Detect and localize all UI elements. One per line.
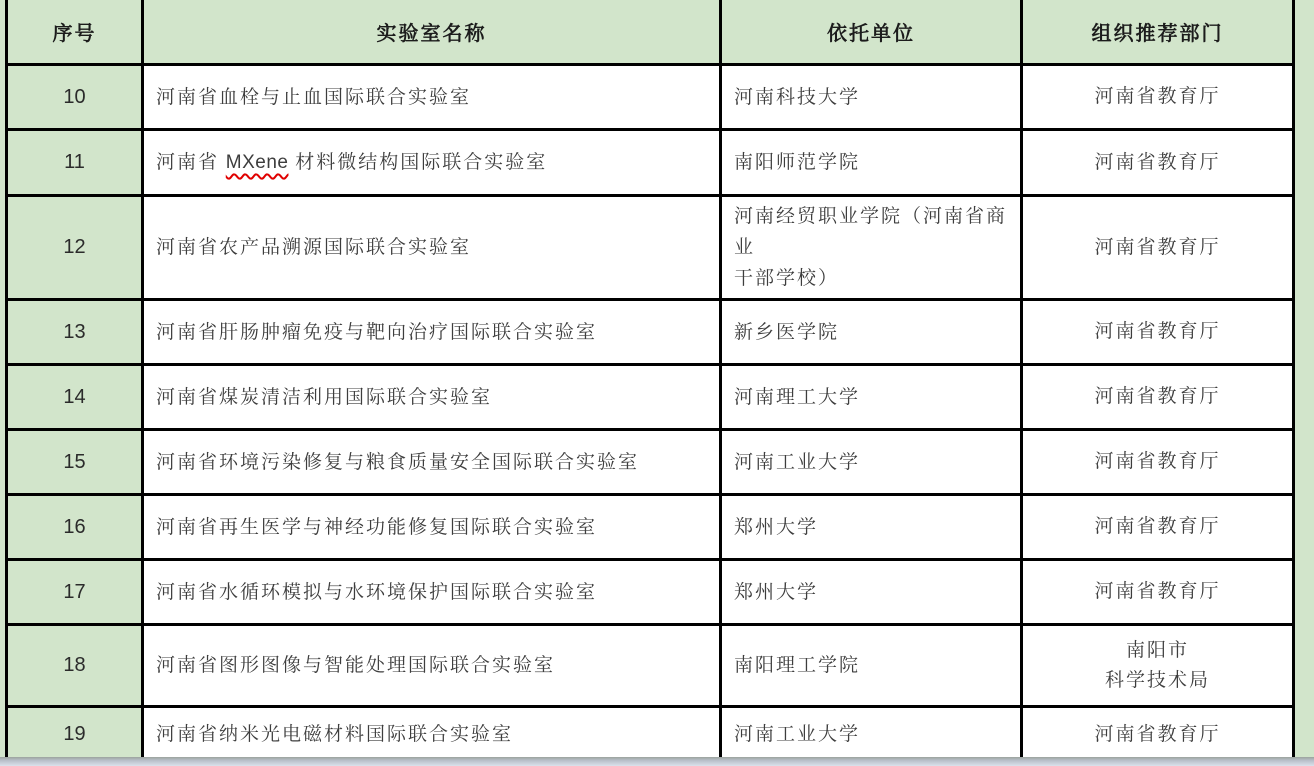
- lab-name-text: 河南省肝肠肿瘤免疫与靶向治疗国际联合实验室: [156, 322, 597, 343]
- org-cell: 河南省教育厅: [1022, 300, 1294, 365]
- misspelled-word: MXene: [226, 152, 289, 173]
- header-row: 序号 实验室名称 依托单位 组织推荐部门: [7, 0, 1294, 65]
- row-number-cell: 11: [7, 130, 143, 196]
- row-number-cell: 10: [7, 65, 143, 130]
- lab-name-text: 河南省图形图像与智能处理国际联合实验室: [156, 655, 555, 676]
- unit-cell: 河南理工大学: [721, 365, 1022, 430]
- unit-cell: 新乡医学院: [721, 300, 1022, 365]
- lab-name-text: 材料微结构国际联合实验室: [288, 152, 547, 173]
- lab-name-cell: 河南省水循环模拟与水环境保护国际联合实验室: [143, 560, 721, 625]
- col-header-name: 实验室名称: [143, 0, 721, 65]
- lab-name-cell: 河南省图形图像与智能处理国际联合实验室: [143, 625, 721, 707]
- org-cell: 河南省教育厅: [1022, 196, 1294, 300]
- row-number-cell: 14: [7, 365, 143, 430]
- lab-name-text: 河南省水循环模拟与水环境保护国际联合实验室: [156, 582, 597, 603]
- table-row: 12 河南省农产品溯源国际联合实验室 河南经贸职业学院（河南省商业干部学校） 河…: [7, 196, 1294, 300]
- lab-name-text: 河南省煤炭清洁利用国际联合实验室: [156, 387, 492, 408]
- org-cell: 河南省教育厅: [1022, 65, 1294, 130]
- lab-name-cell: 河南省纳米光电磁材料国际联合实验室: [143, 707, 721, 763]
- lab-name-cell: 河南省再生医学与神经功能修复国际联合实验室: [143, 495, 721, 560]
- row-number-cell: 17: [7, 560, 143, 625]
- row-number-cell: 12: [7, 196, 143, 300]
- lab-name-text: 河南省纳米光电磁材料国际联合实验室: [156, 724, 513, 745]
- org-cell: 河南省教育厅: [1022, 430, 1294, 495]
- lab-name-text: 河南省环境污染修复与粮食质量安全国际联合实验室: [156, 452, 639, 473]
- lab-name-text: 河南省: [156, 152, 226, 173]
- table-row: 11 河南省 MXene 材料微结构国际联合实验室 南阳师范学院 河南省教育厅: [7, 130, 1294, 196]
- unit-cell: 河南工业大学: [721, 430, 1022, 495]
- lab-name-text: 河南省农产品溯源国际联合实验室: [156, 237, 471, 258]
- table-header: 序号 实验室名称 依托单位 组织推荐部门: [7, 0, 1294, 65]
- table-row: 19 河南省纳米光电磁材料国际联合实验室 河南工业大学 河南省教育厅: [7, 707, 1294, 763]
- table-row: 16 河南省再生医学与神经功能修复国际联合实验室 郑州大学 河南省教育厅: [7, 495, 1294, 560]
- table-row: 18 河南省图形图像与智能处理国际联合实验室 南阳理工学院 南阳市科学技术局: [7, 625, 1294, 707]
- unit-cell: 河南科技大学: [721, 65, 1022, 130]
- unit-cell: 河南工业大学: [721, 707, 1022, 763]
- unit-cell: 郑州大学: [721, 495, 1022, 560]
- org-cell: 河南省教育厅: [1022, 707, 1294, 763]
- unit-cell: 河南经贸职业学院（河南省商业干部学校）: [721, 196, 1022, 300]
- org-cell: 南阳市科学技术局: [1022, 625, 1294, 707]
- lab-name-cell: 河南省血栓与止血国际联合实验室: [143, 65, 721, 130]
- row-number-cell: 19: [7, 707, 143, 763]
- lab-name-cell: 河南省煤炭清洁利用国际联合实验室: [143, 365, 721, 430]
- org-cell: 河南省教育厅: [1022, 495, 1294, 560]
- table-row: 13 河南省肝肠肿瘤免疫与靶向治疗国际联合实验室 新乡医学院 河南省教育厅: [7, 300, 1294, 365]
- row-number-cell: 16: [7, 495, 143, 560]
- row-number-cell: 18: [7, 625, 143, 707]
- table-row: 17 河南省水循环模拟与水环境保护国际联合实验室 郑州大学 河南省教育厅: [7, 560, 1294, 625]
- org-cell: 河南省教育厅: [1022, 365, 1294, 430]
- lab-name-text: 河南省再生医学与神经功能修复国际联合实验室: [156, 517, 597, 538]
- row-number-cell: 15: [7, 430, 143, 495]
- table-row: 14 河南省煤炭清洁利用国际联合实验室 河南理工大学 河南省教育厅: [7, 365, 1294, 430]
- labs-table: 序号 实验室名称 依托单位 组织推荐部门 10 河南省血栓与止血国际联合实验室 …: [5, 0, 1295, 764]
- org-cell: 河南省教育厅: [1022, 130, 1294, 196]
- row-number-cell: 13: [7, 300, 143, 365]
- col-header-no: 序号: [7, 0, 143, 65]
- col-header-org: 组织推荐部门: [1022, 0, 1294, 65]
- col-header-unit: 依托单位: [721, 0, 1022, 65]
- org-cell: 河南省教育厅: [1022, 560, 1294, 625]
- unit-cell: 南阳师范学院: [721, 130, 1022, 196]
- unit-cell: 南阳理工学院: [721, 625, 1022, 707]
- document-page: 序号 实验室名称 依托单位 组织推荐部门 10 河南省血栓与止血国际联合实验室 …: [0, 0, 1314, 766]
- lab-name-text: 河南省血栓与止血国际联合实验室: [156, 87, 471, 108]
- lab-name-cell: 河南省环境污染修复与粮食质量安全国际联合实验室: [143, 430, 721, 495]
- horizontal-scrollbar[interactable]: [0, 757, 1314, 766]
- table-body: 10 河南省血栓与止血国际联合实验室 河南科技大学 河南省教育厅 11 河南省 …: [7, 65, 1294, 763]
- lab-name-cell: 河南省肝肠肿瘤免疫与靶向治疗国际联合实验室: [143, 300, 721, 365]
- lab-name-cell: 河南省农产品溯源国际联合实验室: [143, 196, 721, 300]
- table-row: 15 河南省环境污染修复与粮食质量安全国际联合实验室 河南工业大学 河南省教育厅: [7, 430, 1294, 495]
- table-row: 10 河南省血栓与止血国际联合实验室 河南科技大学 河南省教育厅: [7, 65, 1294, 130]
- lab-name-cell: 河南省 MXene 材料微结构国际联合实验室: [143, 130, 721, 196]
- unit-cell: 郑州大学: [721, 560, 1022, 625]
